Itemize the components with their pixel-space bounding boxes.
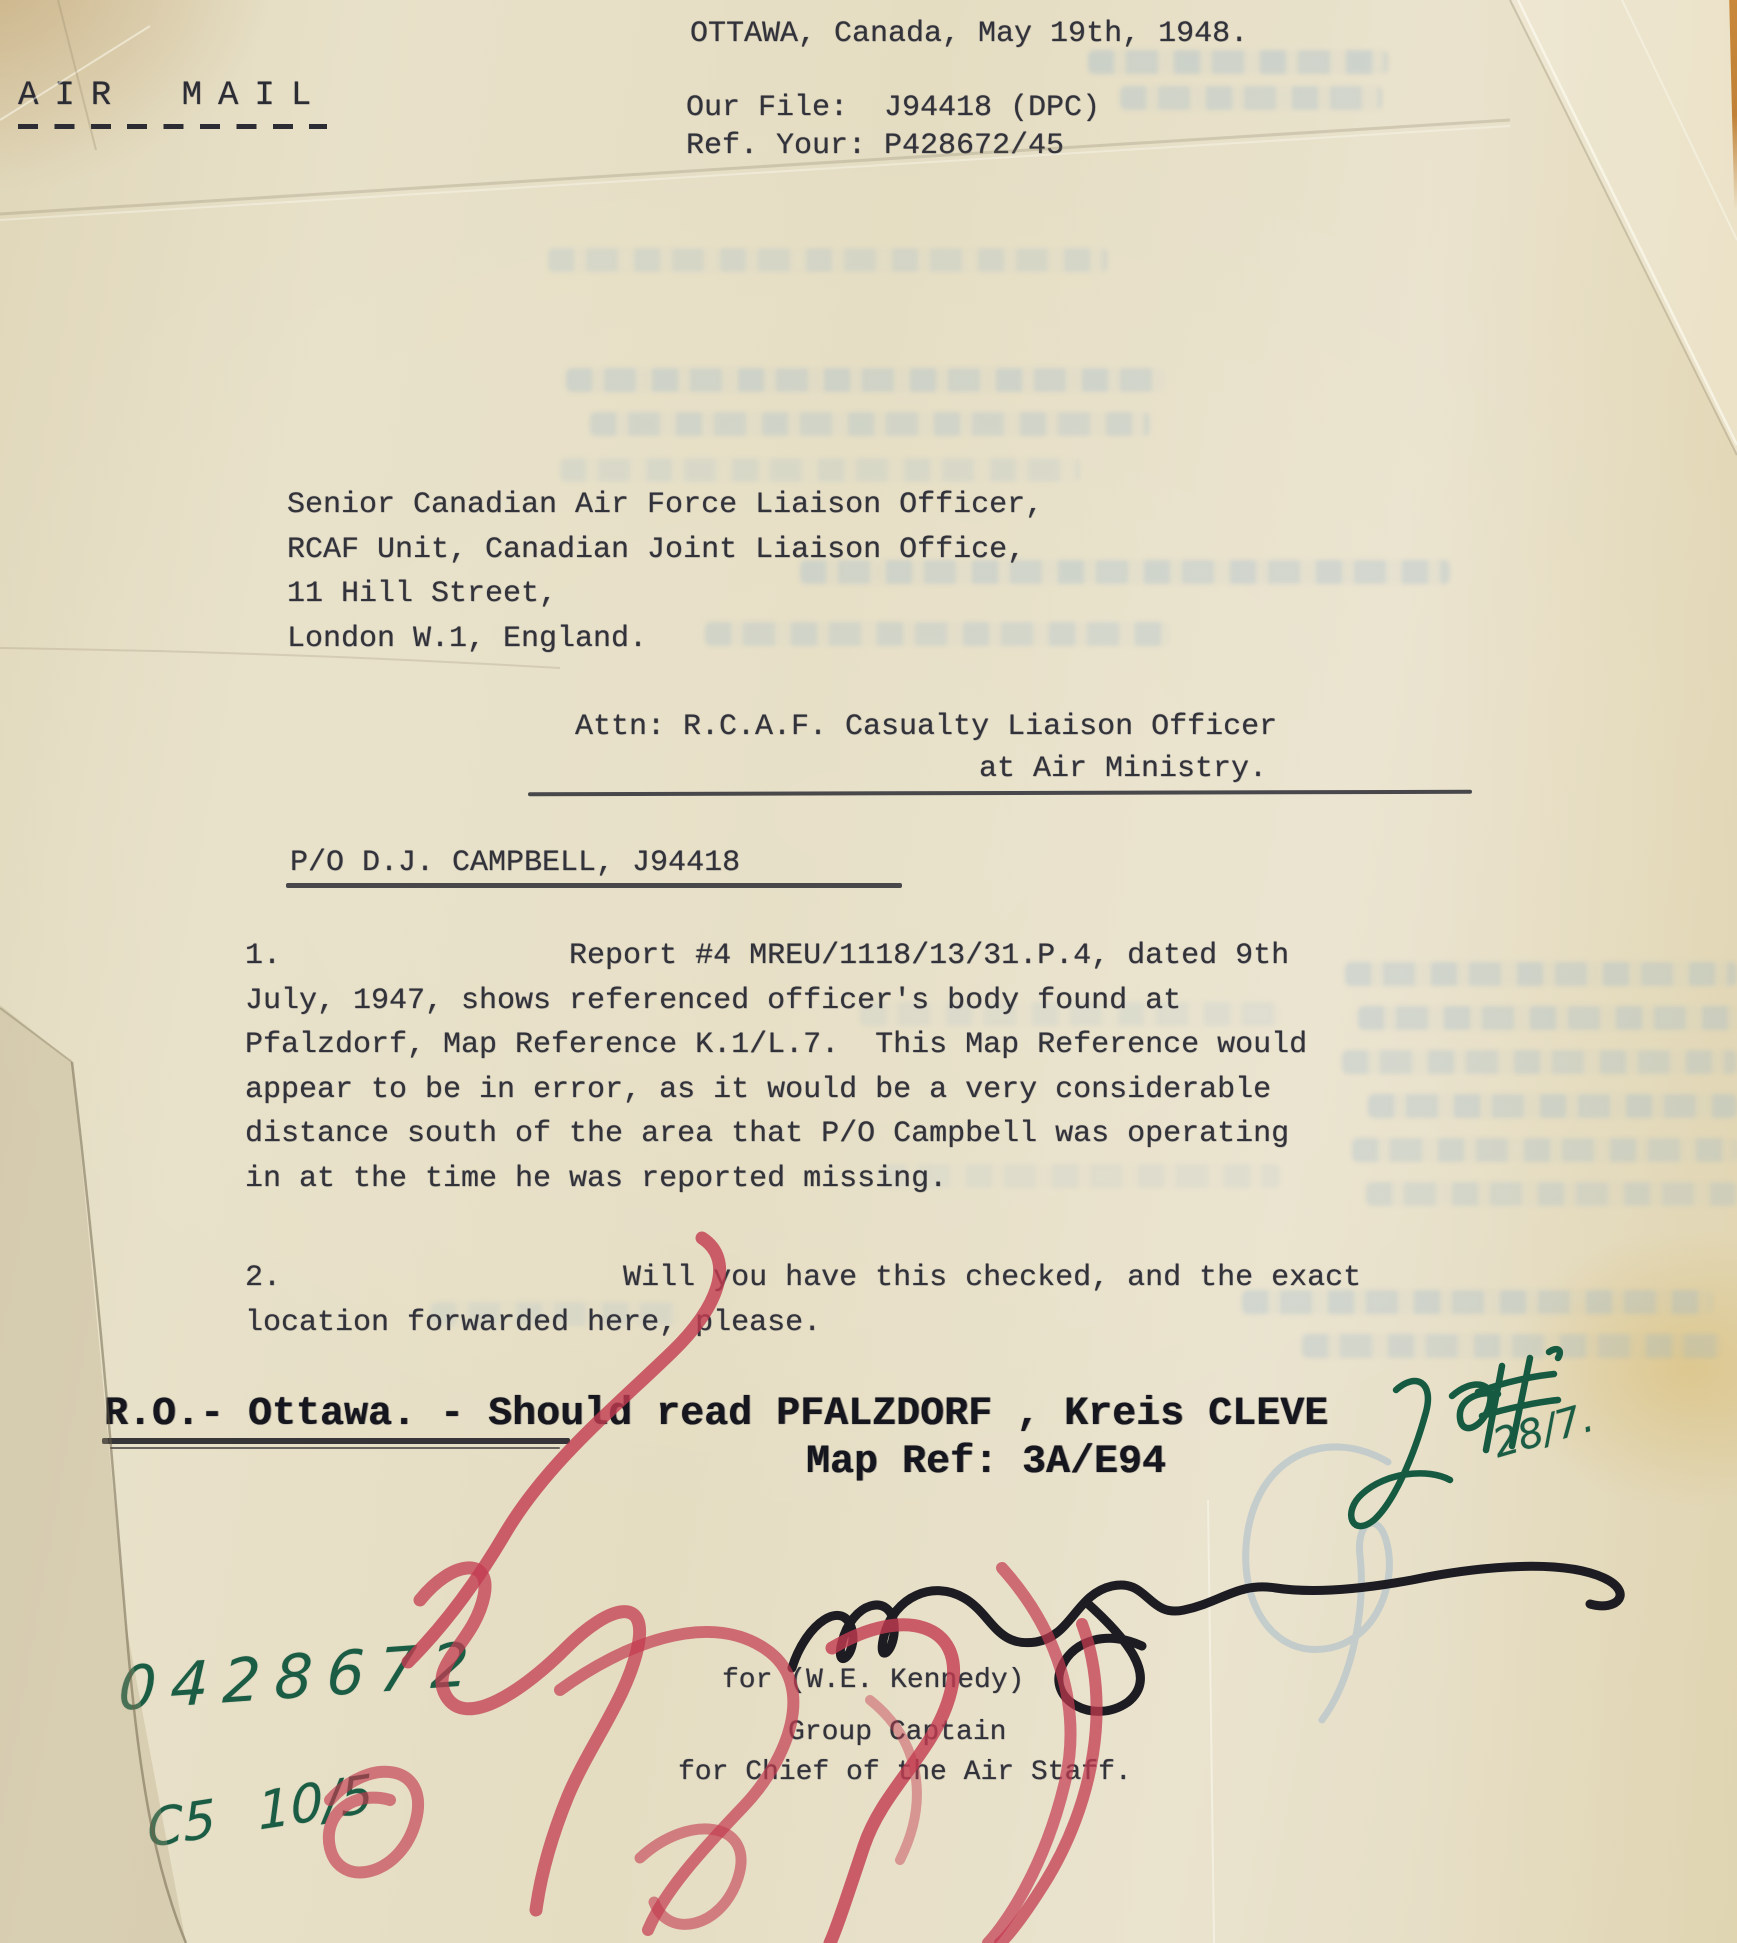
body-paragraph-1: 1. Report #4 MREU/1118/13/31.P.4, dated …: [245, 934, 1307, 1201]
attention-underline: [528, 790, 1472, 796]
ro-underline: [102, 1438, 570, 1444]
address-line: Senior Canadian Air Force Liaison Office…: [287, 483, 1043, 528]
ref-your-line: Ref. Your: P428672/45: [686, 124, 1064, 169]
bleed-through-ink: [560, 458, 1080, 482]
blue-pencil-mark: [1246, 1447, 1390, 1720]
body-line: Pfalzdorf, Map Reference K.1/L.7. This M…: [245, 1023, 1307, 1068]
body-line: appear to be in error, as it would be a …: [245, 1068, 1307, 1113]
body-line: 1. Report #4 MREU/1118/13/31.P.4, dated …: [245, 934, 1307, 979]
green-routing-note: C5 10/5: [146, 1764, 375, 1860]
body-line: distance south of the area that P/O Camp…: [245, 1112, 1307, 1157]
address-line: RCAF Unit, Canadian Joint Liaison Office…: [287, 528, 1043, 573]
body-line: July, 1947, shows referenced officer's b…: [245, 979, 1307, 1024]
closing-rank-line: Group Captain: [788, 1712, 1006, 1754]
green-date-note: 28/7.: [1488, 1395, 1599, 1467]
body-line: location forwarded here, please.: [245, 1301, 1361, 1346]
attention-line: at Air Ministry.: [979, 747, 1267, 792]
closing-for-line: for (W.E. Kennedy): [722, 1660, 1024, 1702]
body-line: in at the time he was reported missing.: [245, 1157, 1307, 1202]
green-file-number: 0428672: [117, 1629, 484, 1725]
attention-line: Attn: R.C.A.F. Casualty Liaison Officer: [575, 705, 1277, 750]
bleed-through-ink: [1352, 1138, 1737, 1162]
subject-line: P/O D.J. CAMPBELL, J94418: [290, 841, 740, 886]
body-line: 2. Will you have this checked, and the e…: [245, 1256, 1361, 1301]
closing-for-chief-line: for Chief of the Air Staff.: [678, 1752, 1132, 1794]
air-mail-stamp: AIR MAIL: [18, 74, 327, 129]
ro-map-ref-line: Map Ref: 3A/E94: [806, 1441, 1166, 1486]
bleed-through-ink: [1366, 1182, 1737, 1206]
place-date-line: OTTAWA, Canada, May 19th, 1948.: [690, 12, 1248, 57]
address-line: 11 Hill Street,: [287, 572, 1043, 617]
bleed-through-ink: [1342, 1050, 1737, 1074]
ro-underline-echo: [110, 1447, 560, 1449]
bleed-through-ink: [590, 412, 1150, 436]
bleed-through-ink: [1368, 1094, 1737, 1118]
subject-underline: [286, 883, 902, 888]
desk-corner: [1725, 0, 1737, 210]
ro-correction-line: R.O.- Ottawa. - Should read PFALZDORF , …: [104, 1393, 1328, 1438]
bleed-through-ink: [1345, 962, 1737, 986]
bleed-through-ink: [566, 368, 1166, 392]
bleed-through-ink: [1302, 1334, 1722, 1358]
bleed-through-ink: [1358, 1006, 1737, 1030]
bleed-through-ink: [1120, 86, 1382, 110]
body-paragraph-2: 2. Will you have this checked, and the e…: [245, 1256, 1361, 1345]
recipient-address: Senior Canadian Air Force Liaison Office…: [287, 483, 1043, 661]
letter-page: AIR MAIL OTTAWA, Canada, May 19th, 1948.…: [0, 0, 1737, 1943]
address-line: London W.1, England.: [287, 617, 1043, 662]
bleed-through-ink: [548, 248, 1108, 272]
